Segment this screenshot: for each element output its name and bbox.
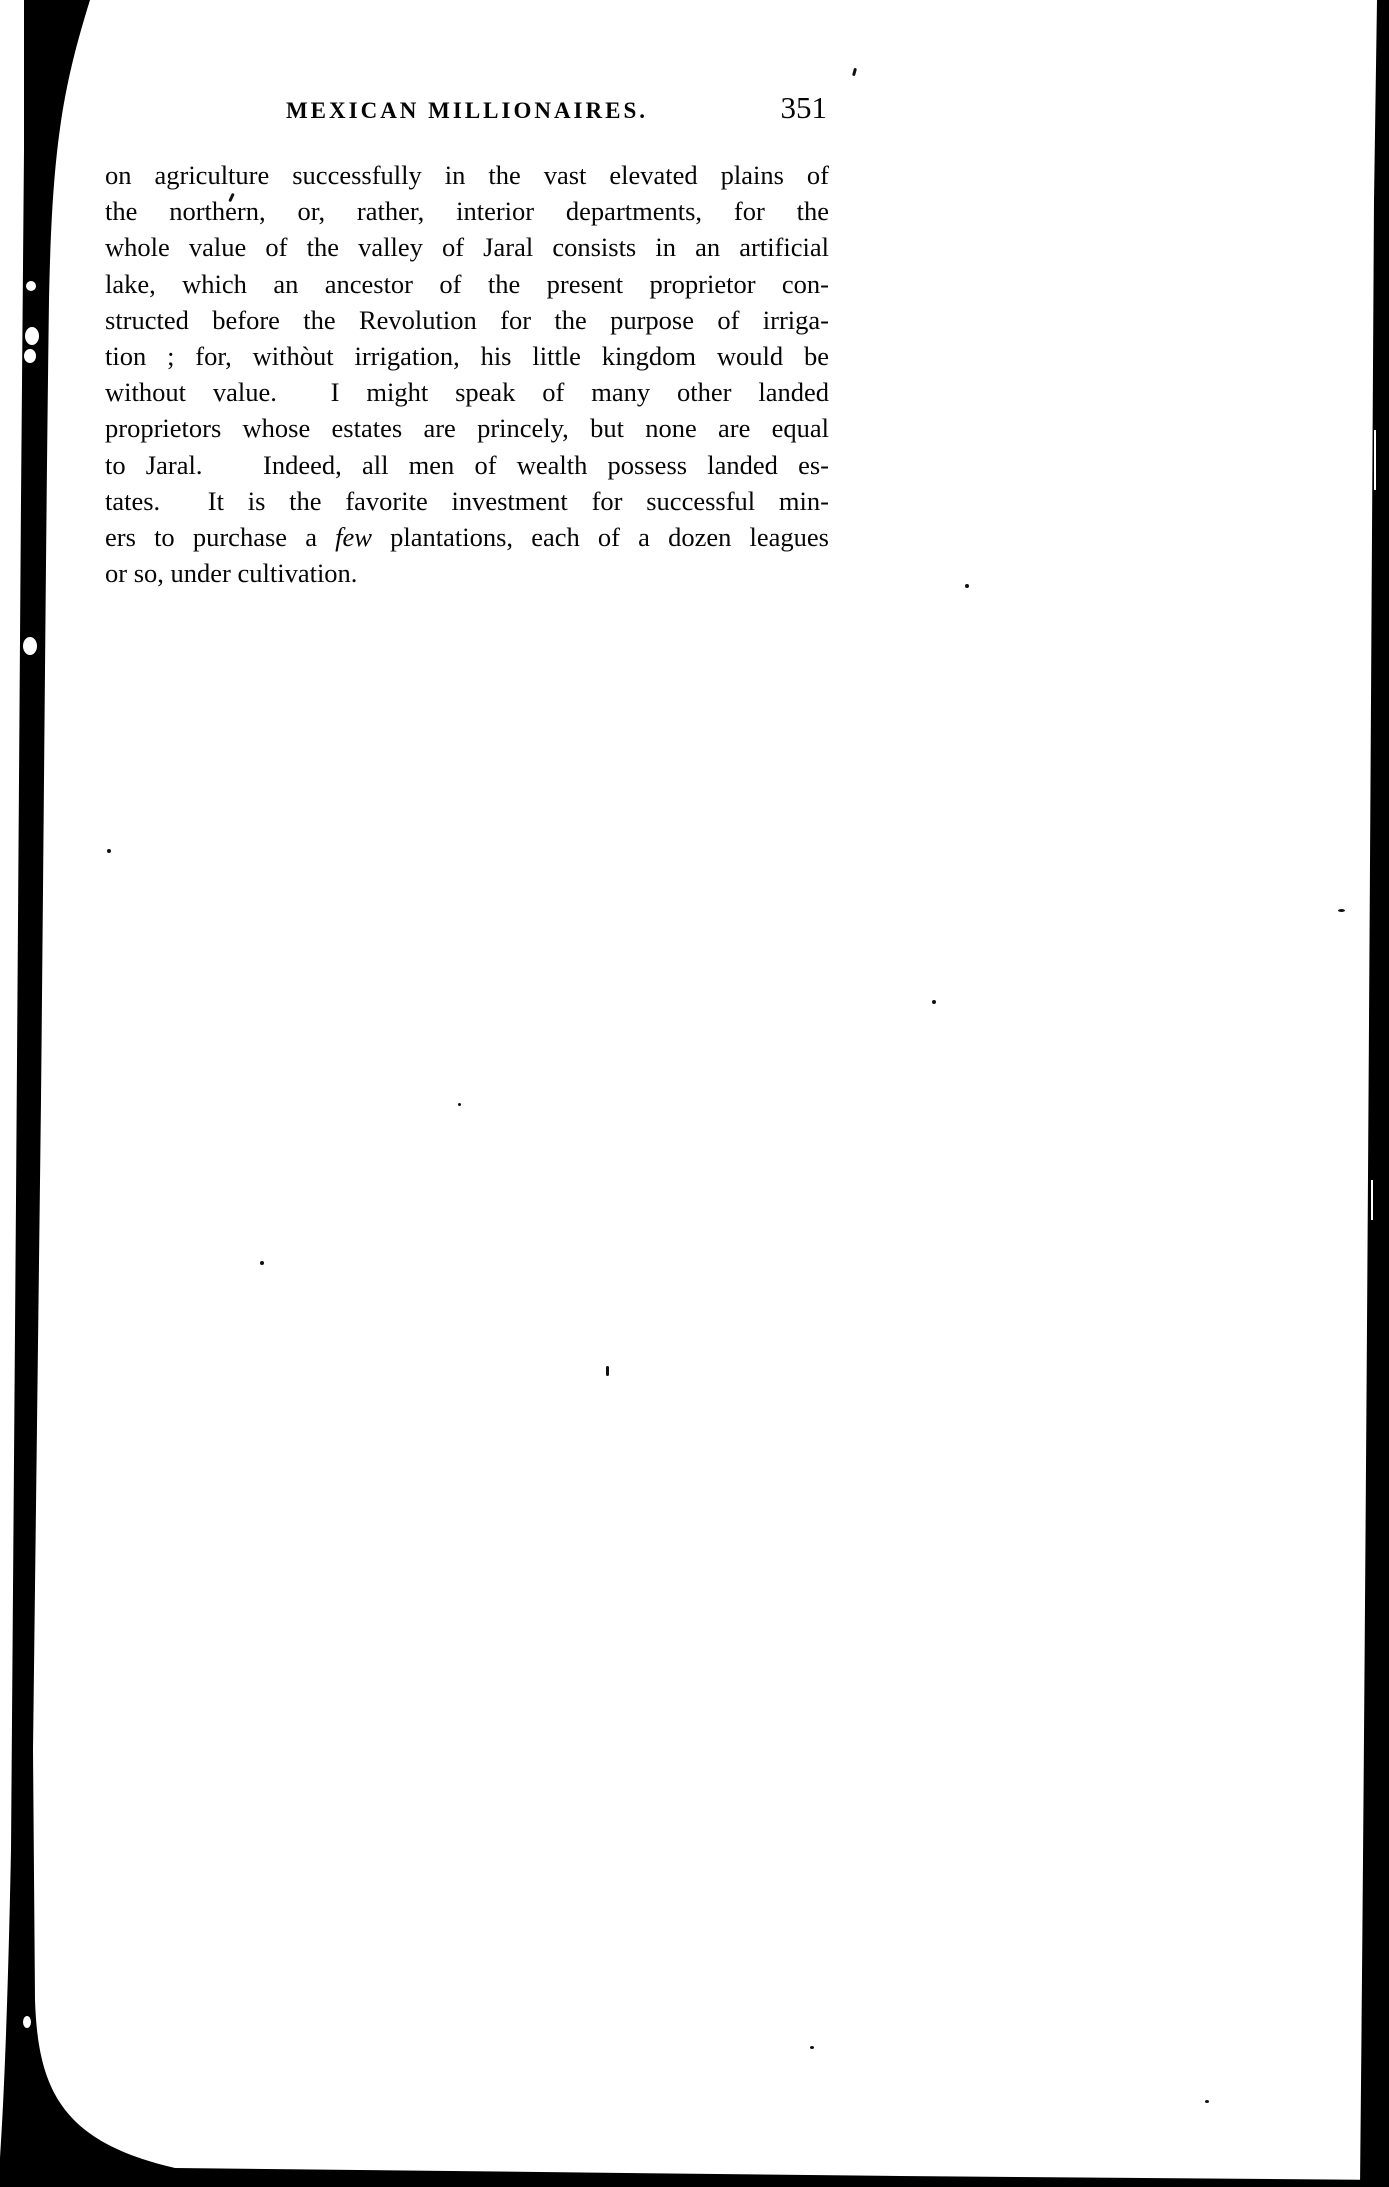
- text-line: to Jaral. Indeed, all men of wealth poss…: [105, 447, 829, 483]
- text-line: whole value of the valley of Jaral consi…: [105, 229, 829, 265]
- text-line: proprietors whose estates are princely, …: [105, 410, 829, 446]
- page-title: MEXICAN MILLIONAIRES.: [105, 98, 829, 124]
- running-head: MEXICAN MILLIONAIRES. 351: [105, 92, 829, 132]
- text-line: structed before the Revolution for the p…: [105, 302, 829, 338]
- text-line: on agriculture successfully in the vast …: [105, 157, 829, 193]
- text-line: or so, under cultivation.: [105, 555, 829, 591]
- scan-speck: [458, 1103, 461, 1106]
- scan-speck: [1338, 909, 1345, 912]
- scan-speck: [606, 1366, 609, 1376]
- text-line: the northern, or, rather, interior depar…: [105, 193, 829, 229]
- text-line-with-italic: ers to purchase a few plantations, each …: [105, 519, 829, 555]
- page-number: 351: [781, 90, 828, 126]
- text-line: tion ; for, withòut irrigation, his litt…: [105, 338, 829, 374]
- text-line: lake, which an ancestor of the present p…: [105, 266, 829, 302]
- scan-speck: [260, 1261, 264, 1265]
- scan-speck: [107, 849, 111, 853]
- page-edge-right: [1360, 0, 1389, 2187]
- italic-word: few: [335, 522, 372, 552]
- scanned-book-page: MEXICAN MILLIONAIRES. 351 on agriculture…: [0, 0, 1389, 2187]
- text-line: without value. I might speak of many oth…: [105, 374, 829, 410]
- scan-speck: [810, 2046, 814, 2049]
- text-segment: plantations, each of a dozen leagues: [372, 522, 829, 552]
- body-text: on agriculture successfully in the vast …: [105, 157, 829, 591]
- scan-speck: [852, 68, 857, 77]
- scan-speck: [965, 584, 969, 588]
- text-line: tates. It is the favorite investment for…: [105, 483, 829, 519]
- text-segment: ers to purchase a: [105, 522, 335, 552]
- scan-speck: [1205, 2100, 1209, 2103]
- scan-speck: [932, 1000, 936, 1004]
